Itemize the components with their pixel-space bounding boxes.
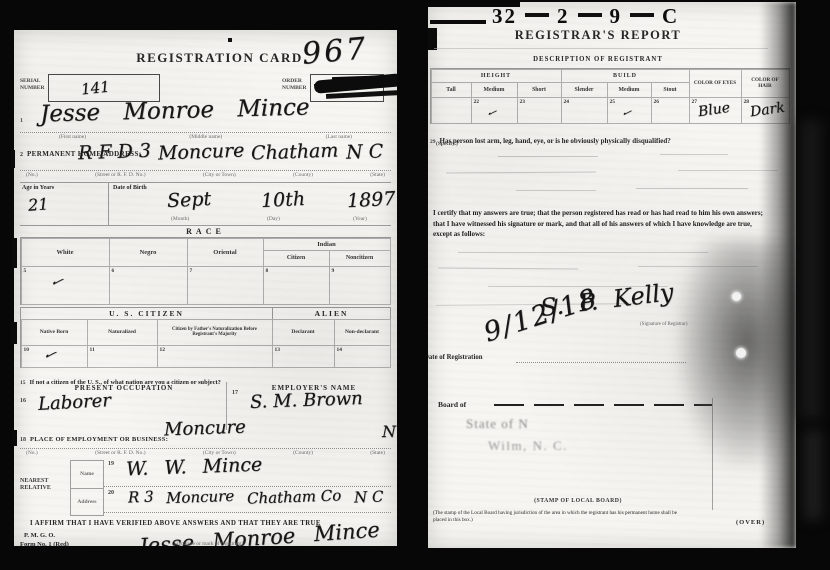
- build-medium-cell: 25 ✓: [607, 97, 652, 124]
- description-header: DESCRIPTION OF REGISTRANT: [448, 56, 748, 63]
- registrars-report-card: 3229C REGISTRAR'S REPORT DESCRIPTION OF …: [428, 2, 796, 548]
- address-sublabels: (No.) (Street or R. F. D. No.) (City or …: [26, 172, 385, 178]
- scan-white-dot: [732, 292, 741, 301]
- race-white-cell: 5 ✓: [21, 266, 110, 305]
- board-of-label: Board of: [438, 400, 466, 409]
- local-board-stamp-text-1: State of N: [466, 416, 529, 432]
- stamp-dash: [578, 13, 602, 17]
- stamp-dash: [525, 13, 549, 17]
- question-15-number: 15: [20, 380, 26, 386]
- serial-number-handwriting: 141: [80, 78, 110, 99]
- relative-address-line: [104, 512, 391, 513]
- naturalized-label: Naturalized: [87, 319, 158, 346]
- scan-edge-mark: [12, 430, 17, 446]
- card-number-handwriting: 967: [301, 31, 370, 72]
- scan-corner-blob: [428, 28, 437, 50]
- form-org: P. M. G. O.: [24, 532, 55, 539]
- employment-number: 18: [20, 437, 26, 443]
- race-indian-citizen-cell: 8: [263, 266, 330, 305]
- stout-cell: 26: [651, 97, 690, 124]
- disqualified-specify-label: (Specify.): [436, 141, 458, 147]
- stout-label: Stout: [651, 82, 690, 98]
- occupation-handwriting: Laborer: [38, 390, 112, 415]
- employer-number: 17: [232, 390, 238, 396]
- slender-label: Slender: [561, 82, 608, 98]
- native-born-cell: 10 ✓: [21, 345, 88, 368]
- scan-edge-mark: [12, 238, 17, 268]
- employer-handwriting: S. M. Brown: [250, 388, 363, 413]
- order-number-label: ORDER NUMBER: [282, 78, 306, 91]
- employment-label: PLACE OF EMPLOYMENT OR BUSINESS:: [30, 436, 168, 443]
- occupation-number: 16: [20, 398, 26, 404]
- ink-speck: [228, 38, 232, 42]
- declarant-label: Declarant: [272, 319, 335, 346]
- age-handwriting: 21: [27, 194, 49, 214]
- height-medium-checkmark: ✓: [484, 107, 498, 119]
- relative-name-handwriting: W. W. Mince: [126, 454, 263, 481]
- blank-line: [446, 171, 596, 173]
- tall-label: Tall: [431, 82, 472, 98]
- height-medium-label: Medium: [471, 82, 518, 98]
- stamp-fine-print: (The stamp of the Local Board having jur…: [433, 510, 685, 523]
- blank-line: [458, 252, 708, 253]
- color-of-eyes-header: COLOR OF EYES: [689, 69, 742, 98]
- dob-cell: Date of Birth Sept 10th 1897 (Month) (Da…: [109, 183, 391, 225]
- race-oriental-label: Oriental: [187, 238, 264, 267]
- registrars-report-title: REGISTRAR'S REPORT: [448, 28, 748, 43]
- relative-key-column: Name Address: [70, 460, 104, 516]
- age-cell: Age in Years 21: [20, 183, 109, 225]
- scan-edge-fade: [760, 2, 796, 548]
- header-rule: [434, 48, 768, 49]
- eyes-color-handwriting: Blue: [697, 99, 731, 119]
- relative-address-handwriting: R 3 Moncure Chatham Co N C: [128, 488, 383, 506]
- blank-line: [660, 154, 728, 155]
- relative-address-number: 20: [108, 490, 114, 496]
- race-indian-noncitizen-label: Noncitizen: [329, 250, 391, 267]
- slender-cell: 24: [561, 97, 608, 124]
- height-medium-cell: 22 ✓: [471, 97, 518, 124]
- stamp-box-caption: (STAMP OF LOCAL BOARD): [448, 498, 708, 504]
- lottery-stamp-number: 3229C: [492, 4, 679, 29]
- short-cell: 23: [517, 97, 562, 124]
- race-indian-noncitizen-cell: 9: [329, 266, 391, 305]
- race-white-checkmark: ✓: [47, 274, 65, 290]
- race-header: RACE: [14, 227, 397, 236]
- address-line-number: 2: [20, 152, 23, 158]
- native-born-checkmark: ✓: [40, 347, 58, 363]
- name-line-number: 1: [20, 118, 23, 124]
- disqualified-question-number: 29: [430, 139, 436, 145]
- registration-card: REGISTRATION CARD 967 SERIAL NUMBER 141 …: [14, 30, 397, 546]
- employment-writing-line: [20, 448, 391, 449]
- build-medium-checkmark: ✓: [619, 107, 633, 119]
- naturalized-cell: 11: [87, 345, 158, 368]
- dob-day-handwriting: 10th: [260, 188, 305, 212]
- non-declarant-cell: 14: [334, 345, 391, 368]
- race-negro-label: Negro: [109, 238, 188, 267]
- stamp-leading-dash: [430, 20, 486, 24]
- citizen-by-father-label: Citizen by Father's Naturalization Befor…: [157, 319, 273, 346]
- disqualified-question: 29 Has person lost arm, leg, hand, eye, …: [430, 130, 782, 148]
- serial-number-label: SERIAL NUMBER: [20, 78, 44, 91]
- name-writing-line: [20, 132, 391, 133]
- registration-date-handwriting: 9/12/18: [480, 283, 602, 349]
- non-declarant-label: Non-declarant: [334, 319, 391, 346]
- citizen-alien-table: Native Born Naturalized Citizen by Fathe…: [20, 319, 391, 368]
- dob-month-handwriting: Sept: [166, 188, 211, 212]
- age-label: Age in Years: [22, 185, 54, 191]
- blank-line: [636, 188, 748, 189]
- relative-name-key: Name: [71, 461, 103, 489]
- scan-edge-mark: [11, 150, 15, 168]
- citizen-by-father-cell: 12: [157, 345, 273, 368]
- blank-line: [438, 268, 578, 270]
- nearest-relative-block: NEAREST RELATIVE Name Address 19 W. W. M…: [20, 460, 391, 516]
- dob-year-handwriting: 1897: [346, 188, 395, 213]
- relative-address-key: Address: [71, 489, 103, 516]
- tall-cell: [431, 97, 472, 124]
- employment-place-handwriting: Moncure: [164, 417, 246, 441]
- employment-state-handwriting: N: [382, 422, 396, 441]
- dob-label: Date of Birth: [113, 185, 147, 191]
- scan-edge-mark: [11, 322, 17, 344]
- date-of-registration-label: Date of Registration: [428, 354, 483, 361]
- race-negro-cell: 6: [109, 266, 188, 305]
- race-white-label: White: [21, 238, 110, 267]
- height-header: HEIGHT: [431, 69, 562, 83]
- relative-values: 19 W. W. Mince 20 R 3 Moncure Chatham Co…: [104, 460, 391, 516]
- local-board-stamp-text-2: Wilm, N. C.: [488, 438, 568, 454]
- relative-name-number: 19: [108, 461, 114, 467]
- first-name-sublabel: (First name): [59, 134, 86, 140]
- form-number: Form No. 1 (Red): [20, 541, 69, 546]
- registration-card-title: REGISTRATION CARD: [112, 50, 327, 66]
- name-sublabels: (First name) (Middle name) (Last name): [59, 134, 352, 140]
- description-table: HEIGHT BUILD COLOR OF EYES COLOR OF HAIR…: [430, 68, 790, 124]
- native-born-label: Native Born: [21, 319, 88, 346]
- present-occupation-header: PRESENT OCCUPATION: [34, 384, 214, 392]
- scan-margin-streak: [804, 430, 822, 520]
- employment-label-row: 18 PLACE OF EMPLOYMENT OR BUSINESS:: [20, 428, 168, 446]
- nearest-relative-label: NEAREST RELATIVE: [20, 460, 70, 516]
- declarant-cell: 13: [272, 345, 335, 368]
- middle-name-sublabel: (Middle name): [189, 134, 222, 140]
- address-handwriting: R F D 3 Moncure Chatham N C: [78, 141, 383, 163]
- registrant-signature-label: (Signature or mark of registrant): [172, 541, 243, 546]
- scan-margin-streak: [800, 120, 822, 420]
- eyes-cell: 27 Blue: [689, 97, 742, 124]
- blank-line: [516, 190, 596, 191]
- address-writing-line: [20, 170, 391, 171]
- race-indian-citizen-label: Citizen: [263, 250, 330, 267]
- blank-line: [498, 156, 598, 157]
- registrar-certification-text: I certify that my answers are true; that…: [433, 208, 769, 240]
- date-writing-line: [516, 362, 686, 363]
- age-dob-row: Age in Years 21 Date of Birth Sept 10th …: [20, 182, 391, 226]
- race-table: White Negro Oriental Indian Citizen Nonc…: [20, 237, 391, 305]
- race-oriental-cell: 7: [187, 266, 264, 305]
- stamp-dash: [630, 13, 654, 17]
- scanned-draft-registration-document: REGISTRATION CARD 967 SERIAL NUMBER 141 …: [0, 0, 830, 570]
- build-medium-label: Medium: [607, 82, 652, 98]
- scan-white-dot: [736, 348, 746, 358]
- build-header: BUILD: [561, 69, 690, 83]
- short-label: Short: [517, 82, 562, 98]
